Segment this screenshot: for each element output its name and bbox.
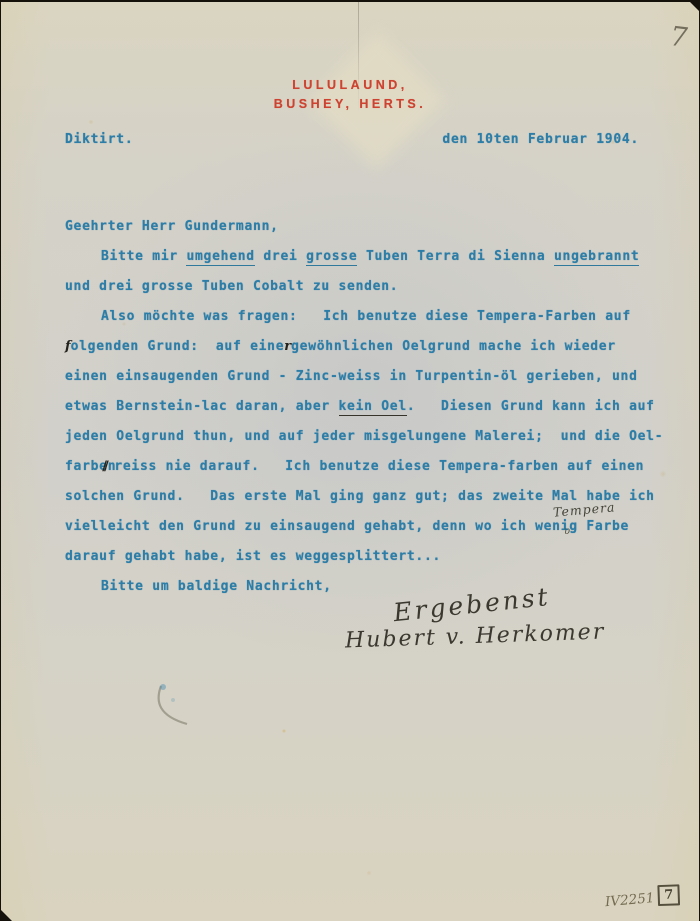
letter-line: vielleicht den Grund zu einsaugend gehab… (65, 519, 663, 549)
pencil-smudge (141, 674, 231, 744)
letter-line: jeden Oelgrund thun, und auf jeder misge… (65, 429, 663, 459)
typed-text: drei (255, 249, 306, 264)
letter-line: Geehrter Herr Gundermann, (65, 219, 663, 249)
dictated-label: Diktirt. (65, 132, 133, 147)
typed-text: reiss nie darauf. Ich benutze diese Temp… (106, 459, 644, 474)
typed-text: Bitte um baldige Nachricht, (101, 579, 332, 594)
letter-line: Bitte um baldige Nachricht, (65, 579, 663, 609)
typed-text: gewöhnlichen Oelgrund mache ich wieder (291, 339, 616, 354)
typed-text: olgenden Grund: auf eine (71, 339, 285, 354)
typed-text: vielleicht den Grund zu einsaugend gehab… (65, 519, 629, 534)
letter-line: farben∕∕ reiss nie darauf. Ich benutze d… (65, 459, 663, 489)
typed-text: Geehrter Herr Gundermann, (65, 219, 279, 234)
letter-sheet: LULULAUND, BUSHEY, HERTS. Diktirt. den 1… (1, 2, 699, 921)
archive-boxed-number: 7 (658, 884, 681, 906)
letter-line: Bitte mir umgehend drei grosse Tuben Ter… (65, 249, 663, 279)
pencil-mark-top-right: 7 (666, 21, 691, 53)
typed-text: jeden Oelgrund thun, und auf jeder misge… (65, 429, 663, 444)
date-text: den 10ten Februar 1904. (442, 132, 639, 147)
page-corner-shadow-bl (1, 910, 12, 921)
typed-text: grosse (306, 249, 357, 266)
typed-text: Bitte mir (101, 249, 186, 264)
signature-name: Hubert v. Herkomer (345, 619, 606, 653)
typed-text: etwas Bernstein-lac daran, aber (65, 399, 339, 414)
typed-text: ungebrannt (554, 249, 639, 266)
typed-text: umgehend (186, 249, 254, 266)
typed-text: kein Oel (339, 399, 407, 416)
page-corner-shadow-tr (690, 2, 699, 11)
typed-text: und drei grosse Tuben Cobalt zu senden. (65, 279, 398, 294)
letterhead: LULULAUND, BUSHEY, HERTS. (1, 76, 699, 114)
archive-number: IV2251 (604, 890, 655, 910)
letter-line: darauf gehabt habe, ist es weggesplitter… (65, 549, 663, 579)
letterhead-address: BUSHEY, HERTS. (1, 95, 699, 114)
letter-line: folgenden Grund: auf einergewöhnlichen O… (65, 339, 663, 369)
typed-text: einen einsaugenden Grund - Zinc-weiss in… (65, 369, 638, 384)
typed-text: solchen Grund. Das erste Mal ging ganz g… (65, 489, 655, 504)
typed-text: darauf gehabt habe, ist es weggesplitter… (65, 549, 441, 564)
letterhead-name: LULULAUND, (1, 76, 699, 95)
dateline: Diktirt. den 10ten Februar 1904. (65, 132, 639, 147)
typed-text: . Diesen Grund kann ich auf (407, 399, 655, 414)
letter-line: etwas Bernstein-lac daran, aber kein Oel… (65, 399, 663, 429)
letter-line: Also möchte was fragen: Ich benutze dies… (65, 309, 663, 339)
insertion-caret: υ (564, 526, 570, 537)
archive-mark: IV2251 7 (604, 888, 681, 912)
letter-line: und drei grosse Tuben Cobalt zu senden. (65, 279, 663, 309)
typed-text: Also möchte was fragen: Ich benutze dies… (101, 309, 631, 324)
letter-line: einen einsaugenden Grund - Zinc-weiss in… (65, 369, 663, 399)
typed-text: Tuben Terra di Sienna (357, 249, 554, 264)
letter-body: Geehrter Herr Gundermann,Bitte mir umgeh… (65, 219, 663, 609)
